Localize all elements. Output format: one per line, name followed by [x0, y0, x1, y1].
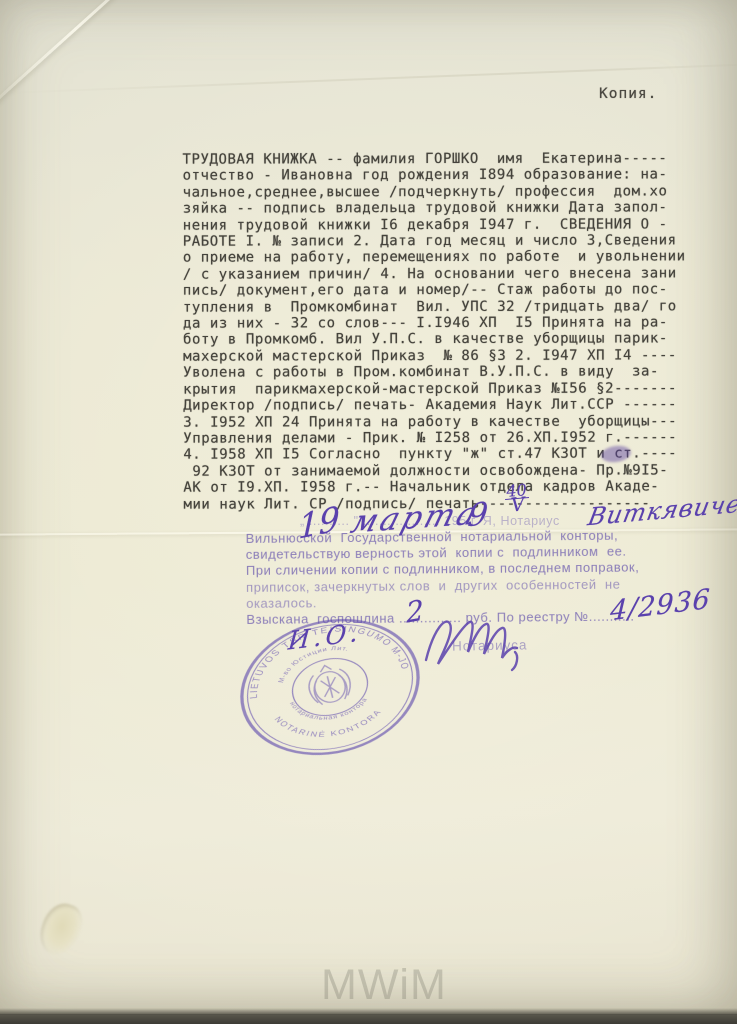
text-line: чальное,среднее,высшее /подчеркнуть/ про…: [183, 183, 703, 201]
text-line: тупления в Промкомбинат Вил. УПС 32 /три…: [183, 298, 703, 316]
text-line: Управления делами - Прик. № I258 от 26.Х…: [183, 429, 703, 447]
text-line: Директор /подпись/ печать- Академия Наук…: [183, 396, 703, 414]
text-line: Уволена с работы в Пром.комбинат В.У.П.С…: [183, 364, 703, 382]
text-line: РАБОТЕ I. № записи 2. Дата год месяц и ч…: [183, 232, 703, 250]
handwritten-year-digit: 9: [466, 496, 489, 535]
text-line: пись/ документ,его дата и номер/-- Стаж …: [183, 282, 703, 300]
handwritten-time-mark: 40 V: [504, 483, 531, 513]
watermark: MWiM: [321, 961, 447, 1010]
paper-stain: [35, 898, 87, 959]
text-line: отчество - Ивановна год рождения I894 об…: [183, 167, 703, 185]
seal-emblem: [305, 660, 354, 706]
notary-signature: [420, 608, 530, 678]
paper-sheet: Копия. ТРУДОВАЯ КНИЖКА -- фамилия ГОРШКО…: [0, 0, 737, 1014]
text-line: зяйка -- подпись владельца трудовой книж…: [183, 200, 703, 218]
scan-background-edge: [0, 1008, 737, 1024]
fold-crease-topleft: [0, 0, 161, 108]
scanned-document: Копия. ТРУДОВАЯ КНИЖКА -- фамилия ГОРШКО…: [0, 0, 737, 1024]
text-line: да из них - 32 со слов--- I.I946 ХП I5 П…: [183, 314, 703, 332]
text-line: махерской мастерской Приказ № 86 §3 2. I…: [183, 347, 703, 365]
text-line: 3. I952 ХП 24 Принята на работу в качест…: [183, 413, 703, 431]
text-line: / с указанием причин/ 4. На основании че…: [183, 265, 703, 283]
text-line: о приеме на работу, перемещениях по рабо…: [183, 249, 703, 267]
text-line: ТРУДОВАЯ КНИЖКА -- фамилия ГОРШКО имя Ек…: [183, 150, 703, 168]
text-line: боту в Промкомб. Вил У.П.С. в качестве у…: [183, 331, 703, 349]
copy-label: Копия.: [599, 86, 657, 102]
text-line: АК от I9.ХП. I958 г.-- Начальник отдела …: [183, 478, 703, 496]
text-line: крытия парикмахерской-мастерской Приказ …: [183, 380, 703, 398]
text-line: нения трудовой книжки I6 декабря I947 г.…: [183, 216, 703, 234]
text-line: 92 КЗОТ от занимаемой должности освобожд…: [183, 462, 703, 480]
